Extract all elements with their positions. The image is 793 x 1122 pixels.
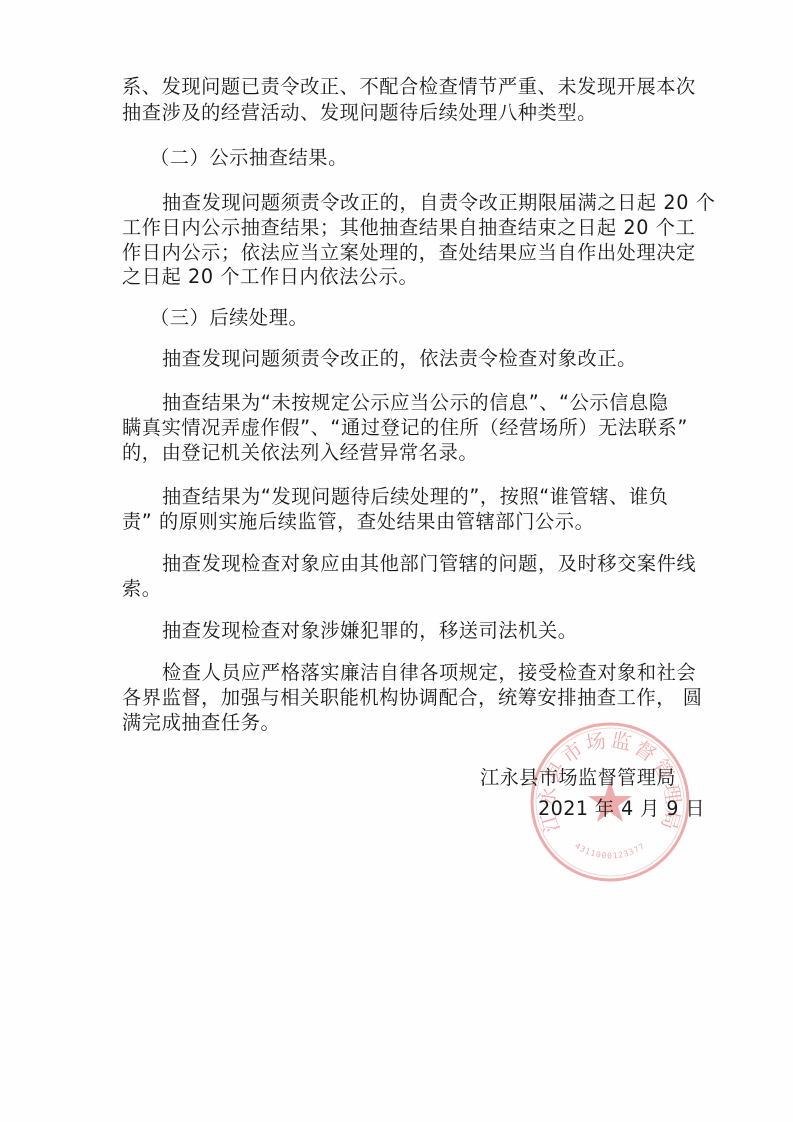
paragraph-line: 索。 <box>122 577 162 601</box>
paragraph-line: 各界监督，加强与相关职能机构协调配合，统筹安排抽查工作， 圆 <box>122 686 703 710</box>
paragraph-line: 系、发现问题已责令改正、不配合检查情节严重、未发现开展本次 <box>122 75 696 99</box>
section-heading: （三）后续处理。 <box>150 306 308 330</box>
paragraph-line: 瞒真实情况弄虚作假”、“通过登记的住所（经营场所）无法联系” <box>122 416 688 440</box>
paragraph-line: 的，由登记机关依法列入经营异常名录。 <box>122 441 478 465</box>
paragraph-line: 抽查结果为“未按规定公示应当公示的信息”、“公示信息隐 <box>162 391 669 415</box>
paragraph-line: 之日起 20 个工作日内依法公示。 <box>122 265 418 289</box>
paragraph-line: 满完成抽查任务。 <box>122 711 280 735</box>
issue-date: 2021 年 4 月 9 日 <box>538 797 705 821</box>
svg-text:4311000123377: 4311000123377 <box>573 841 647 860</box>
paragraph-line: 抽查发现问题须责令改正的，依法责令检查对象改正。 <box>162 347 637 371</box>
document-page: 系、发现问题已责令改正、不配合检查情节严重、未发现开展本次 抽查涉及的经营活动、… <box>0 0 793 1122</box>
paragraph-line: 抽查结果为“发现问题待后续处理的”，按照“谁管辖、谁负 <box>162 485 669 509</box>
issuing-organization: 江永县市场监督管理局 <box>480 766 676 790</box>
section-heading: （二）公示抽查结果。 <box>150 146 348 170</box>
paragraph-line: 作日内公示；依法应当立案处理的，查处结果应当自作出处理决定 <box>122 241 696 265</box>
paragraph-line: 工作日内公示抽查结果；其他抽查结果自抽查结束之日起 20 个工 <box>122 216 695 240</box>
paragraph-line: 抽查发现检查对象应由其他部门管辖的问题，及时移交案件线 <box>162 552 696 576</box>
paragraph-line: 抽查发现问题须责令改正的，自责令改正期限届满之日起 20 个 <box>162 191 716 215</box>
paragraph-line: 抽查涉及的经营活动、发现问题待后续处理八种类型。 <box>122 101 597 125</box>
seal-serial: 4311000123377 <box>573 841 647 860</box>
paragraph-line: 抽查发现检查对象涉嫌犯罪的，移送司法机关。 <box>162 619 578 643</box>
paragraph-line: 检查人员应严格落实廉洁自律各项规定，接受检查对象和社会 <box>162 661 696 685</box>
paragraph-line: 责” 的原则实施后续监管，查处结果由管辖部门公示。 <box>122 510 594 534</box>
